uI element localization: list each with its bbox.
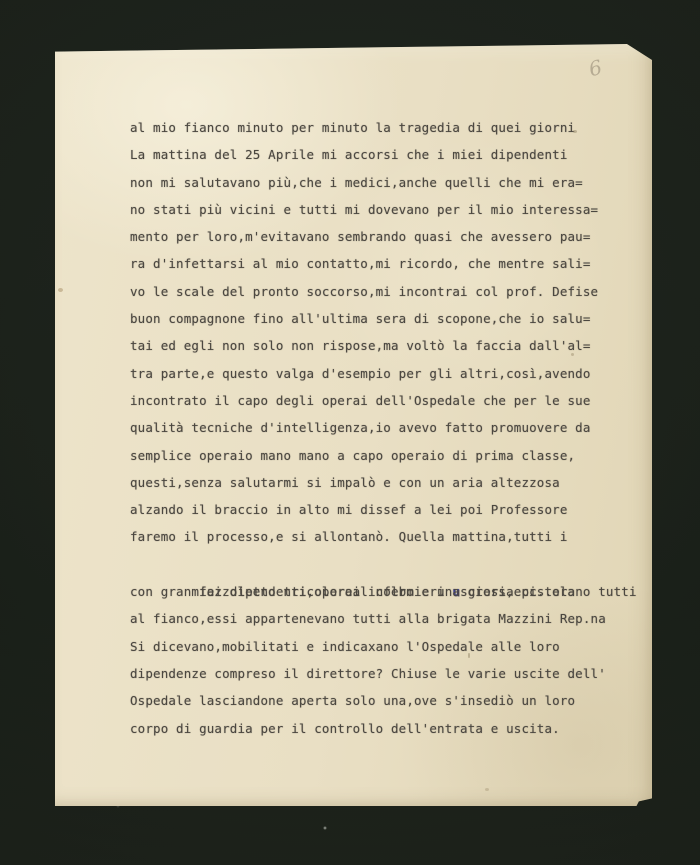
typescript-line-13: semplice operaio mano mano a capo operai…	[130, 442, 630, 469]
typewritten-page: 6 al mio fianco minuto per minuto la tra…	[55, 44, 652, 806]
typescript-line-8: buon compagnone fino all'ultima sera di …	[130, 305, 630, 332]
typescript-line-9: tai ed egli non solo non rispose,ma volt…	[130, 332, 630, 359]
typescript-line-22: Ospedale lasciandone aperta solo una,ove…	[130, 687, 630, 714]
typescript-line-19: al fianco,essi appartenevano tutti alla …	[130, 605, 630, 632]
typescript-line-6: ra d'infettarsi al mio contatto,mi ricor…	[130, 250, 630, 277]
paper-speck	[571, 353, 574, 356]
typescript-line-17: miei dipendenti,operai infermieri uscier…	[130, 551, 630, 578]
typescript-line-10: tra parte,e questo valga d'esempio per g…	[130, 360, 630, 387]
typescript-line-12: qualità tecniche d'intelligenza,io avevo…	[130, 414, 630, 441]
typescript-line-11: incontrato il capo degli operai dell'Osp…	[130, 387, 630, 414]
paper-speck	[58, 288, 63, 292]
typescript-line-18: con gran fazzoletto tricoloreal colbo e …	[130, 578, 630, 605]
typescript-line-7: vo le scale del pronto soccorso,mi incon…	[130, 278, 630, 305]
typescript-line-4: no stati più vicini e tutti mi dovevano …	[130, 196, 630, 223]
typescript-line-1: al mio fianco minuto per minuto la trage…	[130, 114, 630, 141]
paper-speck	[573, 130, 577, 133]
photo-background: 6 al mio fianco minuto per minuto la tra…	[0, 0, 700, 865]
paper-speck	[468, 653, 470, 658]
typescript-line-16: faremo il processo,e si allontanò. Quell…	[130, 523, 630, 550]
typescript-line-3: non mi salutavano più,che i medici,anche…	[130, 169, 630, 196]
typescript-line-20: Si dicevano,mobilitati e indicaxano l'Os…	[130, 633, 630, 660]
typescript-line-5: mento per loro,m'evitavano sembrando qua…	[130, 223, 630, 250]
typescript-line-21: dipendenze compreso il direttore? Chiuse…	[130, 660, 630, 687]
paper-speck	[485, 788, 489, 791]
pencil-page-number: 6	[586, 55, 604, 81]
typescript-body: al mio fianco minuto per minuto la trage…	[130, 114, 630, 742]
typescript-line-14: questi,senza salutarmi si impalò e con u…	[130, 469, 630, 496]
typescript-line-15: alzando il braccio in alto mi dissef a l…	[130, 496, 630, 523]
typescript-line-2: La mattina del 25 Aprile mi accorsi che …	[130, 141, 630, 168]
typescript-line-23: corpo di guardia per il controllo dell'e…	[130, 715, 630, 742]
